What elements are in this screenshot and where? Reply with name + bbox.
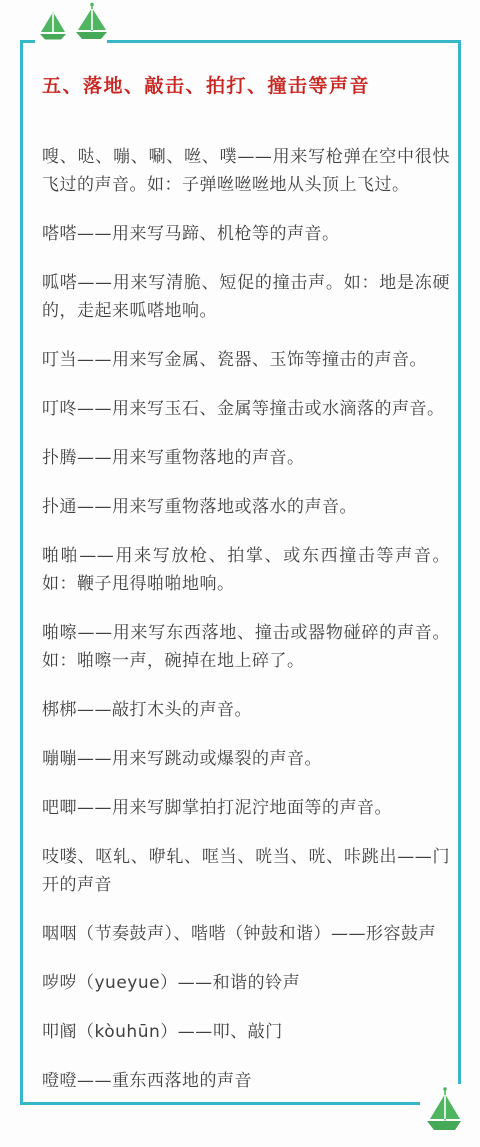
- paragraph: 梆梆——敲打木头的声音。: [42, 696, 450, 724]
- sailboat-large-icon: [72, 2, 110, 44]
- paragraph: 扑腾——用来写重物落地的声音。: [42, 444, 450, 472]
- paragraph-list: 嗖、哒、嘣、唰、咝、噗——用来写枪弹在空中很快飞过的声音。如：子弹咝咝咝地从头顶…: [42, 143, 450, 1095]
- page-canvas: 五、落地、敲击、拍打、撞击等声音 嗖、哒、嘣、唰、咝、噗——用来写枪弹在空中很快…: [0, 0, 480, 1147]
- paragraph: 啪啪——用来写放枪、拍掌、或东西撞击等声音。如：鞭子甩得啪啪地响。: [42, 542, 450, 598]
- paragraph: 吱喽、呕轧、咿轧、哐当、咣当、咣、咔跳出——门开的声音: [42, 843, 450, 899]
- paragraph: 哕哕（yueyue）——和谐的铃声: [42, 969, 450, 997]
- paragraph: 吧唧——用来写脚掌拍打泥泞地面等的声音。: [42, 794, 450, 822]
- paragraph: 叩阍（kòuhūn）——叩、敲门: [42, 1018, 450, 1046]
- page-title: 五、落地、敲击、拍打、撞击等声音: [42, 71, 450, 98]
- paragraph: 扑通——用来写重物落地或落水的声音。: [42, 493, 450, 521]
- paragraph: 呱嗒——用来写清脆、短促的撞击声。如：地是冻硬的，走起来呱嗒地响。: [42, 269, 450, 325]
- content-area: 五、落地、敲击、拍打、撞击等声音 嗖、哒、嘣、唰、咝、噗——用来写枪弹在空中很快…: [42, 71, 450, 1116]
- sailboat-small-icon: [37, 10, 69, 44]
- paragraph: 咽咽（节奏鼓声）、喈喈（钟鼓和谐）——形容鼓声: [42, 920, 450, 948]
- paragraph: 叮咚——用来写玉石、金属等撞击或水滴落的声音。: [42, 395, 450, 423]
- paragraph: 噔噔——重东西落地的声音: [42, 1067, 450, 1095]
- sailboat-pair-decoration: [37, 6, 110, 44]
- paragraph: 啪嚓——用来写东西落地、撞击或器物碰碎的声音。如：啪嚓一声，碗掉在地上碎了。: [42, 619, 450, 675]
- paragraph: 叮当——用来写金属、瓷器、玉饰等撞击的声音。: [42, 346, 450, 374]
- paragraph: 嘣嘣——用来写跳动或爆裂的声音。: [42, 745, 450, 773]
- paragraph: 嗖、哒、嘣、唰、咝、噗——用来写枪弹在空中很快飞过的声音。如：子弹咝咝咝地从头顶…: [42, 143, 450, 199]
- paragraph: 嗒嗒——用来写马蹄、机枪等的声音。: [42, 220, 450, 248]
